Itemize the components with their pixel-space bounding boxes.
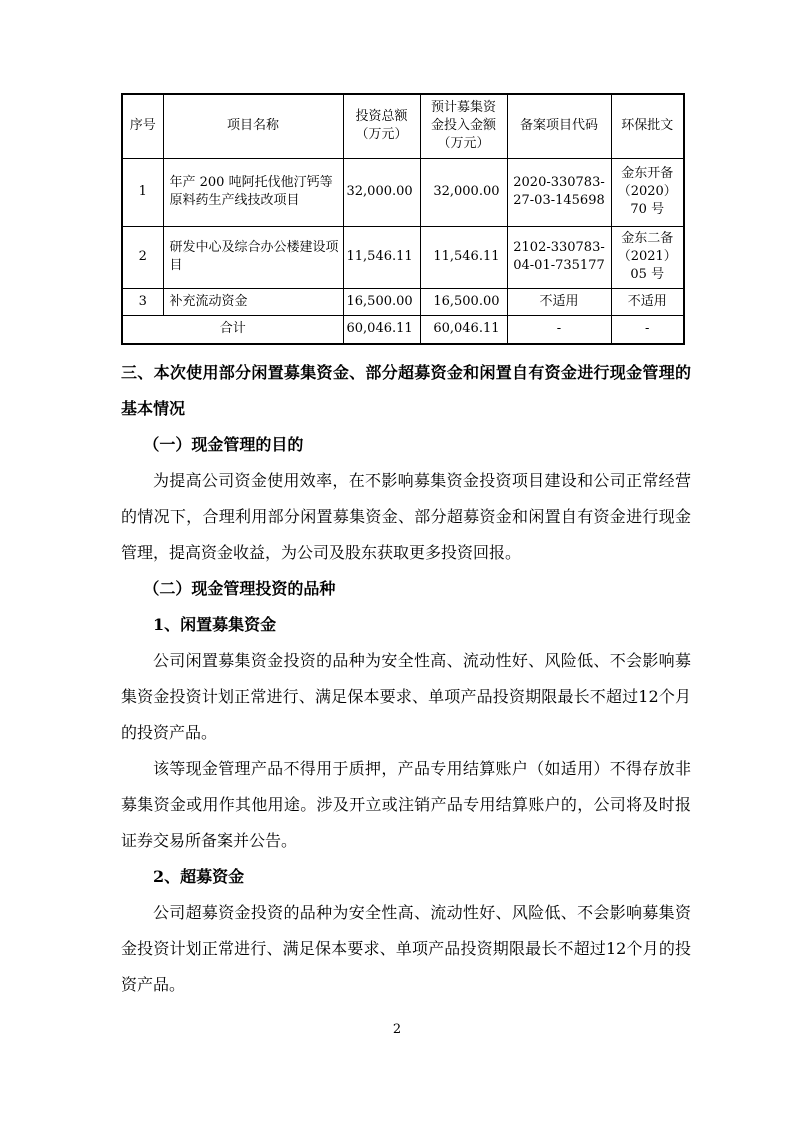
paragraph-idle-raised-funds: 公司闲置募集资金投资的品种为安全性高、流动性好、风险低、不会影响募集资金投资计划… bbox=[121, 643, 691, 751]
cell-total-label: 合计 bbox=[122, 315, 343, 344]
cell-env-approval: 金东二备 （2021） 05 号 bbox=[611, 226, 684, 288]
subheading-over-raised-funds: 2、超募资金 bbox=[121, 859, 691, 895]
cell-raised-amount: 32,000.00 bbox=[420, 158, 507, 226]
cell-project-name: 补充流动资金 bbox=[163, 288, 343, 315]
cell-raised-amount: 16,500.00 bbox=[420, 288, 507, 315]
cell-record-code: 2102-330783- 04-01-735177 bbox=[507, 226, 611, 288]
paragraph-over-raised-funds: 公司超募资金投资的品种为安全性高、流动性好、风险低、不会影响募集资金投资计划正常… bbox=[121, 895, 691, 1003]
cell-total-investment: 16,500.00 bbox=[343, 288, 420, 315]
document-body: 三、本次使用部分闲置募集资金、部分超募资金和闲置自有资金进行现金管理的基本情况 … bbox=[121, 355, 691, 1003]
paragraph-pledge-restriction: 该等现金管理产品不得用于质押，产品专用结算账户（如适用）不得存放非募集资金或用作… bbox=[121, 751, 691, 859]
cell-serial: 1 bbox=[122, 158, 163, 226]
cell-record-code-total: - bbox=[507, 315, 611, 344]
subheading-idle-raised-funds: 1、闲置募集资金 bbox=[121, 607, 691, 643]
header-record-code: 备案项目代码 bbox=[507, 94, 611, 158]
cell-project-name: 研发中心及综合办公楼建设项目 bbox=[163, 226, 343, 288]
cell-serial: 2 bbox=[122, 226, 163, 288]
section-heading-purpose: （一）现金管理的目的 bbox=[121, 427, 691, 463]
cell-total-investment-sum: 60,046.11 bbox=[343, 315, 420, 344]
document-page: 序号 项目名称 投资总额 （万元） 预计募集资 金投入金额 （万元） 备案项目代… bbox=[0, 0, 794, 1123]
fundraising-projects-table: 序号 项目名称 投资总额 （万元） 预计募集资 金投入金额 （万元） 备案项目代… bbox=[121, 93, 685, 345]
table-header-row: 序号 项目名称 投资总额 （万元） 预计募集资 金投入金额 （万元） 备案项目代… bbox=[122, 94, 684, 158]
cell-serial: 3 bbox=[122, 288, 163, 315]
table-total-row: 合计 60,046.11 60,046.11 - - bbox=[122, 315, 684, 344]
table-row: 1 年产 200 吨阿托伐他汀钙等原料药生产线技改项目 32,000.00 32… bbox=[122, 158, 684, 226]
header-raised-funds-amount: 预计募集资 金投入金额 （万元） bbox=[420, 94, 507, 158]
cell-record-code: 2020-330783- 27-03-145698 bbox=[507, 158, 611, 226]
cell-env-approval: 金东开备 （2020） 70 号 bbox=[611, 158, 684, 226]
cell-record-code: 不适用 bbox=[507, 288, 611, 315]
section-heading-product-types: （二）现金管理投资的品种 bbox=[121, 571, 691, 607]
cell-env-approval-total: - bbox=[611, 315, 684, 344]
header-total-investment: 投资总额 （万元） bbox=[343, 94, 420, 158]
section-heading-main: 三、本次使用部分闲置募集资金、部分超募资金和闲置自有资金进行现金管理的基本情况 bbox=[121, 355, 691, 427]
page-number: 2 bbox=[0, 1020, 794, 1040]
cell-raised-amount-sum: 60,046.11 bbox=[420, 315, 507, 344]
header-serial-number: 序号 bbox=[122, 94, 163, 158]
paragraph-purpose: 为提高公司资金使用效率，在不影响募集资金投资项目建设和公司正常经营的情况下，合理… bbox=[121, 463, 691, 571]
table-row: 2 研发中心及综合办公楼建设项目 11,546.11 11,546.11 210… bbox=[122, 226, 684, 288]
cell-total-investment: 32,000.00 bbox=[343, 158, 420, 226]
table-row: 3 补充流动资金 16,500.00 16,500.00 不适用 不适用 bbox=[122, 288, 684, 315]
cell-total-investment: 11,546.11 bbox=[343, 226, 420, 288]
header-project-name: 项目名称 bbox=[163, 94, 343, 158]
cell-raised-amount: 11,546.11 bbox=[420, 226, 507, 288]
header-env-approval: 环保批文 bbox=[611, 94, 684, 158]
cell-env-approval: 不适用 bbox=[611, 288, 684, 315]
cell-project-name: 年产 200 吨阿托伐他汀钙等原料药生产线技改项目 bbox=[163, 158, 343, 226]
